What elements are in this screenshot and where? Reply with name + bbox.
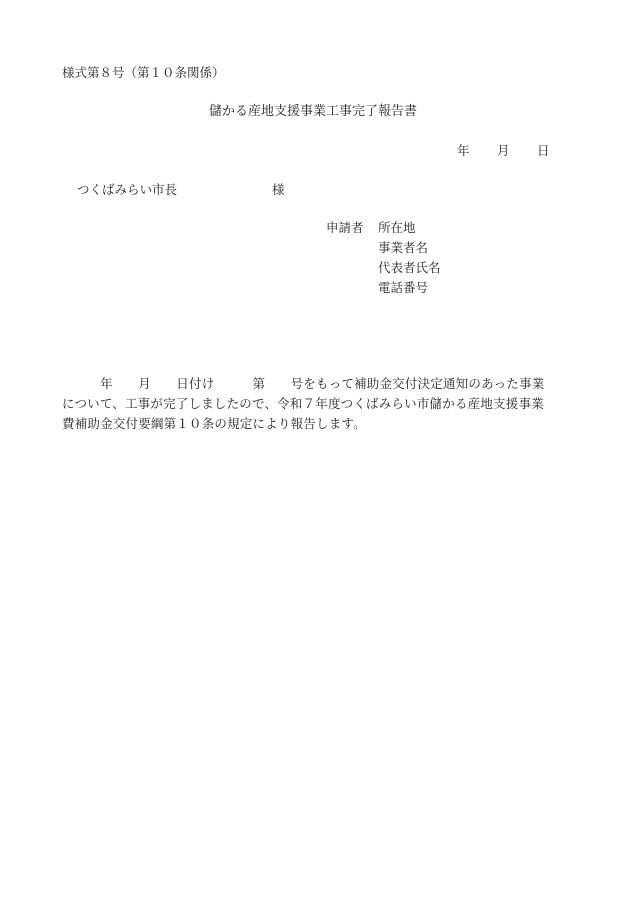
body-paragraph: 年 月 日付け 第 号をもって補助金交付決定通知のあった事業 について、工事が完… bbox=[62, 374, 552, 434]
month-label: 月 bbox=[497, 143, 510, 159]
day-label: 日 bbox=[537, 143, 550, 159]
applicant-field-representative: 代表者氏名 bbox=[378, 260, 441, 276]
applicant-field-address: 所在地 bbox=[378, 220, 416, 236]
addressee-honorific: 様 bbox=[272, 182, 285, 198]
applicant-field-phone: 電話番号 bbox=[378, 280, 428, 296]
document-title: 儲かる産地支援事業工事完了報告書 bbox=[209, 104, 417, 120]
addressee-name: つくばみらい市長 bbox=[77, 182, 177, 198]
body-line-1: 年 月 日付け 第 号をもって補助金交付決定通知のあった事業 bbox=[62, 374, 552, 394]
year-label: 年 bbox=[457, 143, 470, 159]
applicant-field-business-name: 事業者名 bbox=[378, 240, 428, 256]
form-number: 様式第８号（第１０条関係） bbox=[62, 65, 225, 81]
applicant-label: 申請者 bbox=[326, 220, 364, 236]
body-line-3: 費補助金交付要綱第１０条の規定により報告します。 bbox=[62, 414, 552, 434]
body-line-2: について、工事が完了しましたので、令和７年度つくばみらい市儲かる産地支援事業 bbox=[62, 394, 552, 414]
